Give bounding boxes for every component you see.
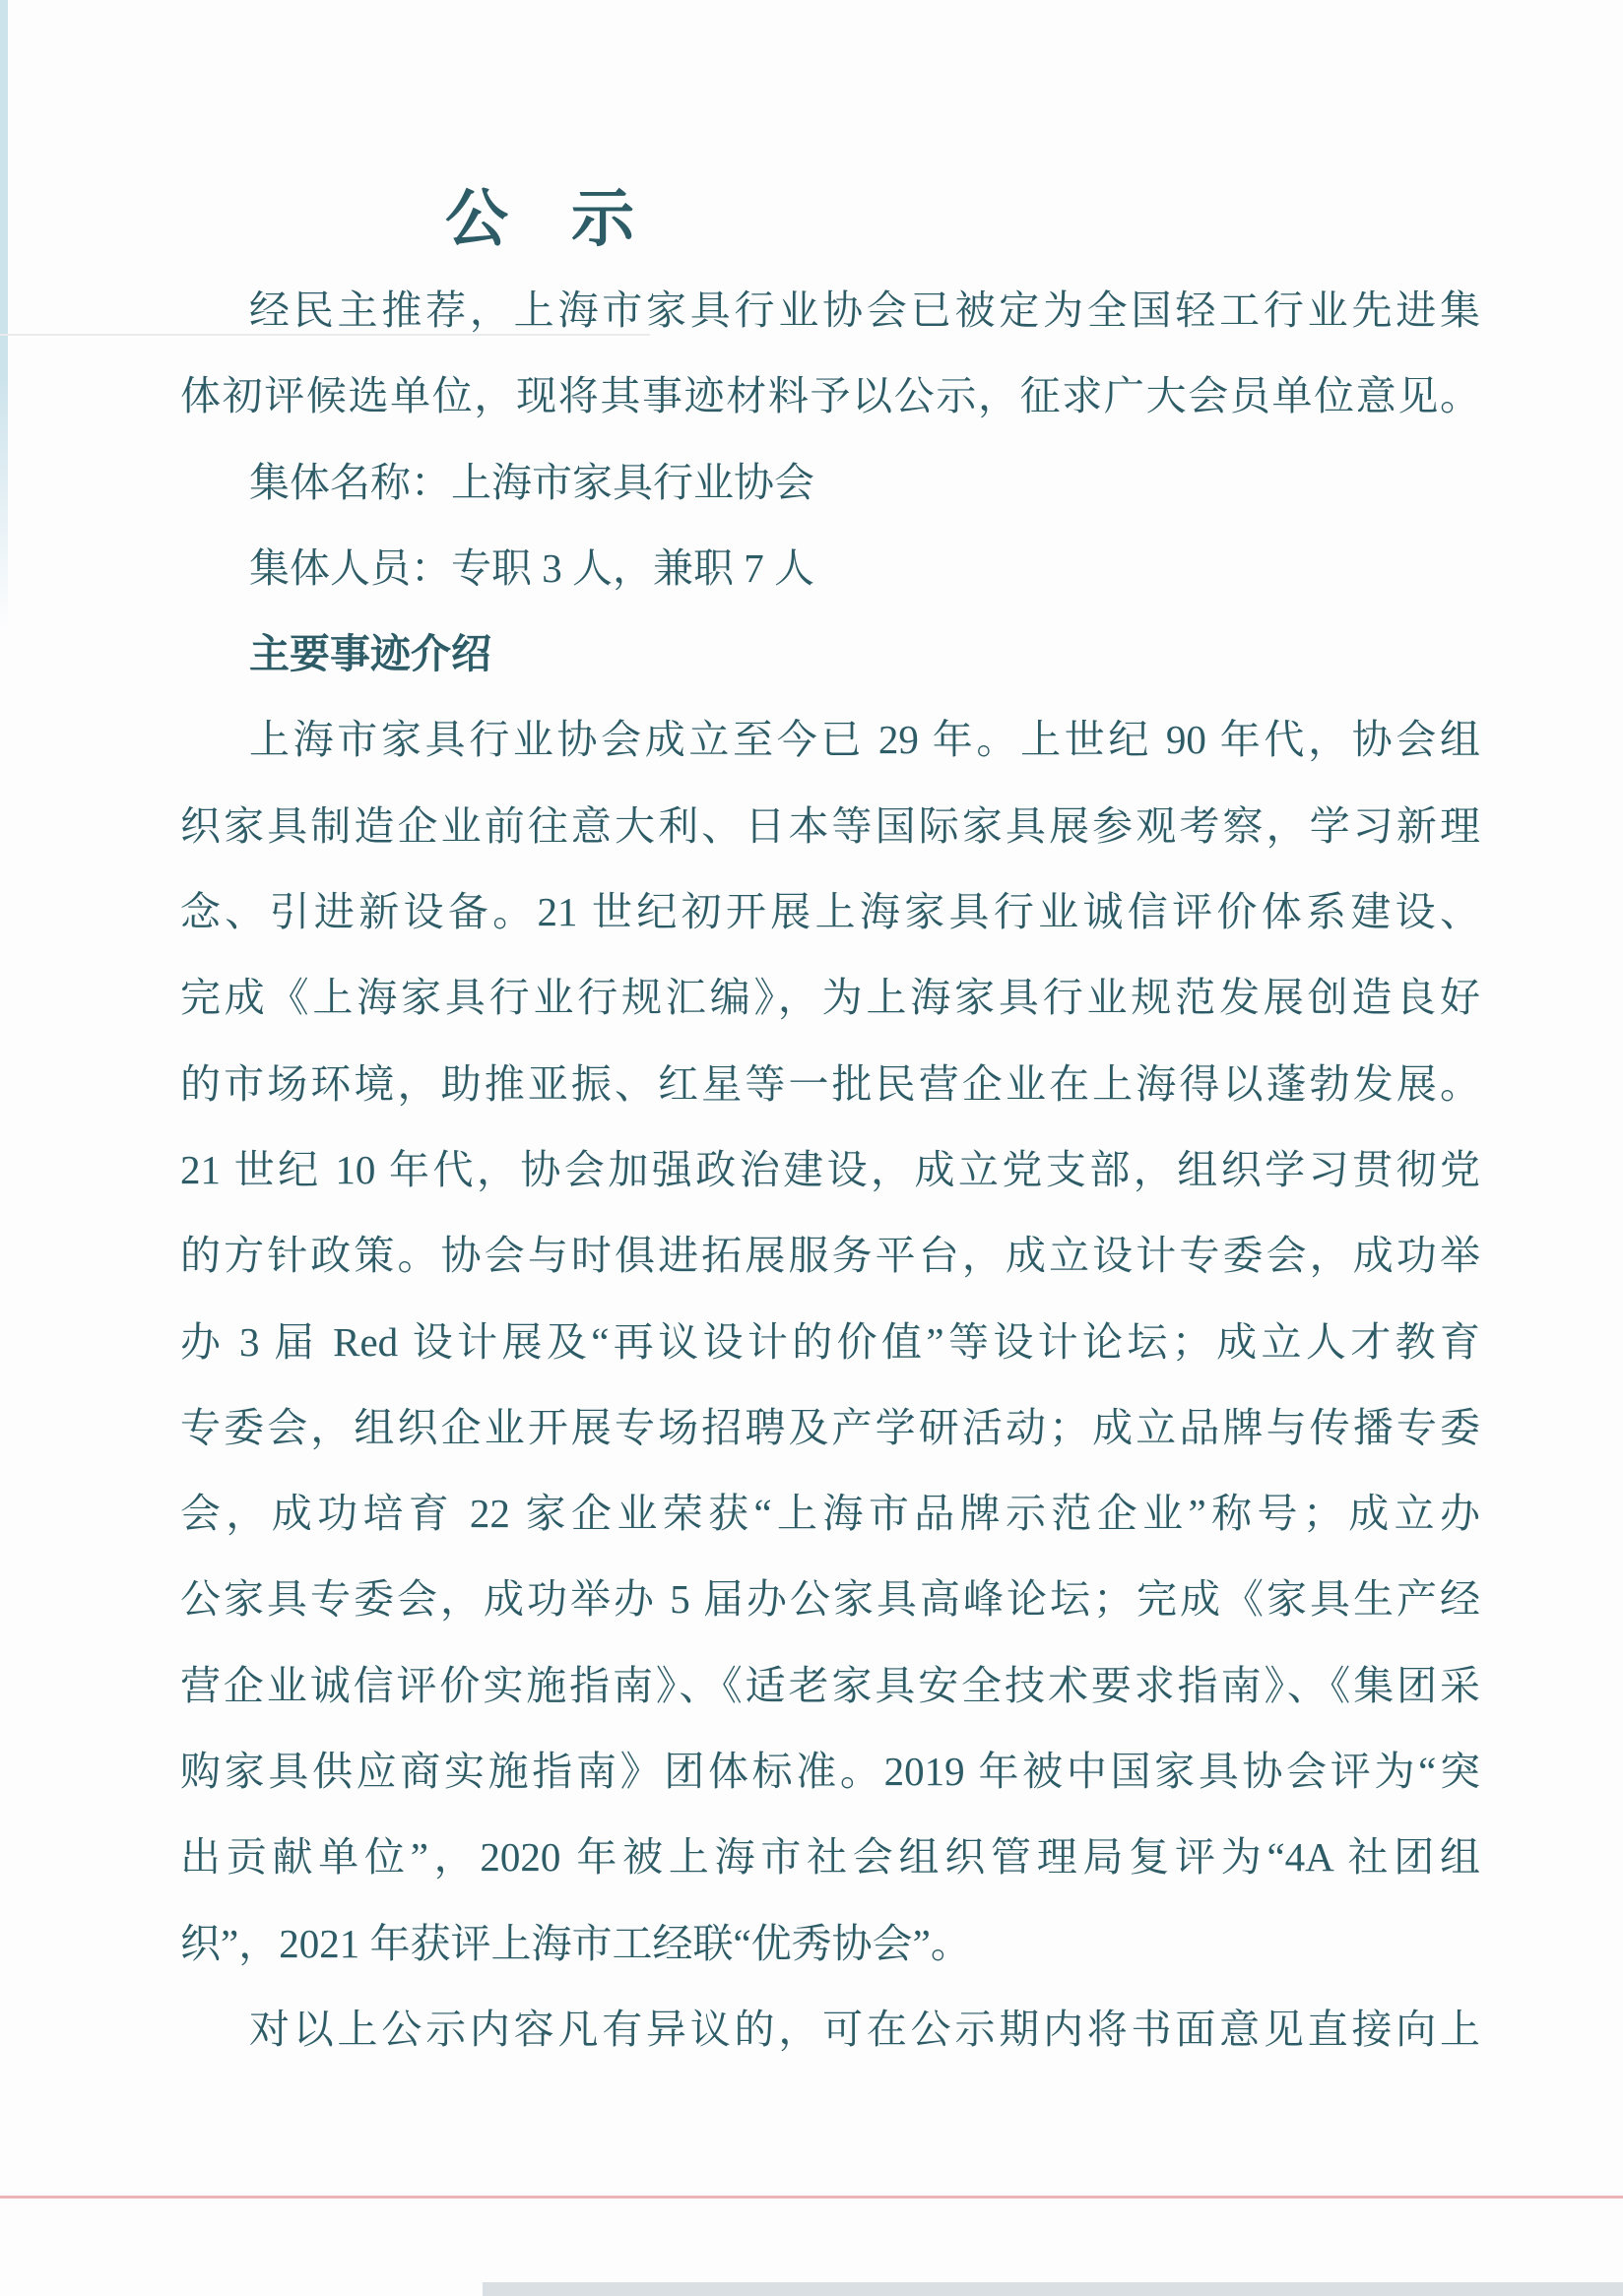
- text-line: 会，成功培育 22 家企业荣获“上海市品牌示范企业”称号；成立办: [180, 1471, 1480, 1557]
- scanned-notice-page: 公 示 经民主推荐，上海市家具行业协会已被定为全国轻工行业先进集体初评候选单位，…: [0, 0, 1623, 2296]
- document-body: 经民主推荐，上海市家具行业协会已被定为全国轻工行业先进集体初评候选单位，现将其事…: [180, 268, 1480, 2073]
- text-line: 主要事迹介绍: [180, 611, 1480, 697]
- text-line: 办 3 届 Red 设计展及“再议设计的价值”等设计论坛；成立人才教育: [180, 1300, 1480, 1385]
- text-line: 完成《上海家具行业行规汇编》，为上海家具行业规范发展创造良好: [180, 955, 1480, 1041]
- text-line: 出贡献单位”，2020 年被上海市社会组织管理局复评为“4A 社团组: [180, 1815, 1480, 1900]
- text-line: 对以上公示内容凡有异议的，可在公示期内将书面意见直接向上: [180, 1987, 1480, 2073]
- text-line: 集体名称：上海市家具行业协会: [180, 440, 1480, 526]
- text-line: 的方针政策。协会与时俱进拓展服务平台，成立设计专委会，成功举: [180, 1213, 1480, 1299]
- text-line: 的市场环境，助推亚振、红星等一批民营企业在上海得以蓬勃发展。: [180, 1042, 1480, 1127]
- text-line: 营企业诚信评价实施指南》、《适老家具安全技术要求指南》、《集团采: [180, 1643, 1480, 1729]
- notice-title: 公 示: [445, 175, 634, 264]
- text-line: 公家具专委会，成功举办 5 届办公家具高峰论坛；完成《家具生产经: [180, 1557, 1480, 1642]
- text-line: 21 世纪 10 年代，协会加强政治建设，成立党支部，组织学习贯彻党: [180, 1127, 1480, 1213]
- text-line: 上海市家具行业协会成立至今已 29 年。上世纪 90 年代，协会组: [180, 697, 1480, 783]
- scan-pink-line-artifact: [0, 2196, 1623, 2199]
- text-line: 念、引进新设备。21 世纪初开展上海家具行业诚信评价体系建设、: [180, 869, 1480, 955]
- text-line: 专委会，组织企业开展专场招聘及产学研活动；成立品牌与传播专委: [180, 1385, 1480, 1471]
- scan-left-edge-artifact: [0, 0, 8, 630]
- text-line: 购家具供应商实施指南》团体标准。2019 年被中国家具协会评为“突: [180, 1729, 1480, 1815]
- scan-bottom-band-artifact: [483, 2282, 1623, 2296]
- text-line: 体初评候选单位，现将其事迹材料予以公示，征求广大会员单位意见。: [180, 353, 1480, 439]
- text-line: 织”，2021 年获评上海市工经联“优秀协会”。: [180, 1901, 1480, 1987]
- text-line: 集体人员：专职 3 人，兼职 7 人: [180, 526, 1480, 611]
- text-line: 织家具制造企业前往意大利、日本等国际家具展参观考察，学习新理: [180, 784, 1480, 869]
- text-line: 经民主推荐，上海市家具行业协会已被定为全国轻工行业先进集: [180, 268, 1480, 353]
